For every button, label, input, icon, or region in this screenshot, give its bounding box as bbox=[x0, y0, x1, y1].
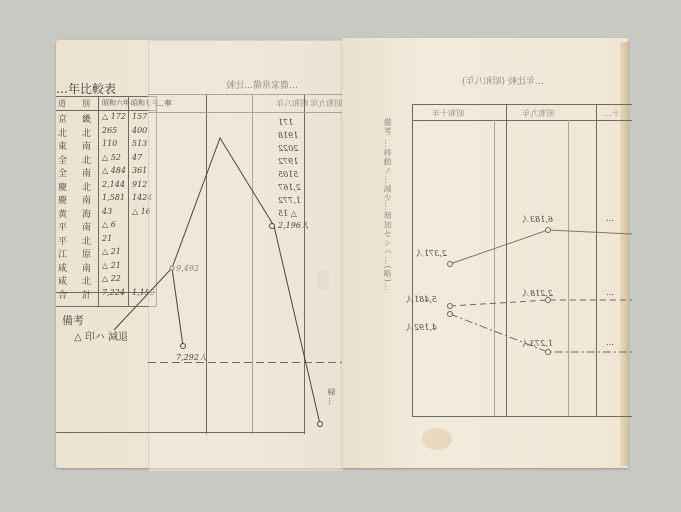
series1-label-3: … bbox=[606, 214, 614, 223]
mirrored-value: 1918 bbox=[278, 131, 298, 140]
mirrored-value: 2,167 bbox=[278, 183, 301, 192]
series1-label-1: 2,371人 bbox=[416, 248, 447, 259]
chart-label-3: 2,196人 bbox=[278, 220, 309, 231]
mirrored-value: 2022 bbox=[278, 144, 298, 153]
series3-label-3: … bbox=[606, 338, 614, 347]
left-page: …年比較表 道 別 昭和六年 昭和七年 京畿△ 172157北北265400東南… bbox=[56, 40, 342, 468]
series2-label-2: 2,218人 bbox=[522, 288, 553, 299]
series2-label-1: 5,481人 bbox=[406, 294, 437, 305]
mirrored-value: △ 15 bbox=[278, 209, 297, 218]
series3-label-2: 1,273人 bbox=[522, 338, 553, 349]
series2-label-3: … bbox=[606, 288, 614, 297]
series3-label-1: 4,192人 bbox=[406, 322, 437, 333]
chart-label-2: 9,492 bbox=[176, 264, 199, 273]
book-spread: …年比較表 道 別 昭和六年 昭和七年 京畿△ 172157北北265400東南… bbox=[56, 38, 634, 470]
series1-label-2: 6,183人 bbox=[522, 214, 553, 225]
mirrored-value: 1972 bbox=[278, 157, 298, 166]
chart-label-4: 帰… bbox=[326, 388, 337, 406]
line-chart-right bbox=[342, 38, 632, 468]
right-page: …年比較 (昭和八年) 昭和十年 昭和九年 十… 備考 …移動ノ…減少…増加セシ… bbox=[342, 38, 628, 468]
mirrored-value: 1,772 bbox=[278, 196, 301, 205]
chart-label-1: 7,292人 bbox=[176, 352, 207, 363]
mirrored-value: 5105 bbox=[278, 170, 298, 179]
mirrored-value: 171 bbox=[278, 118, 293, 127]
line-chart-left bbox=[56, 40, 342, 470]
